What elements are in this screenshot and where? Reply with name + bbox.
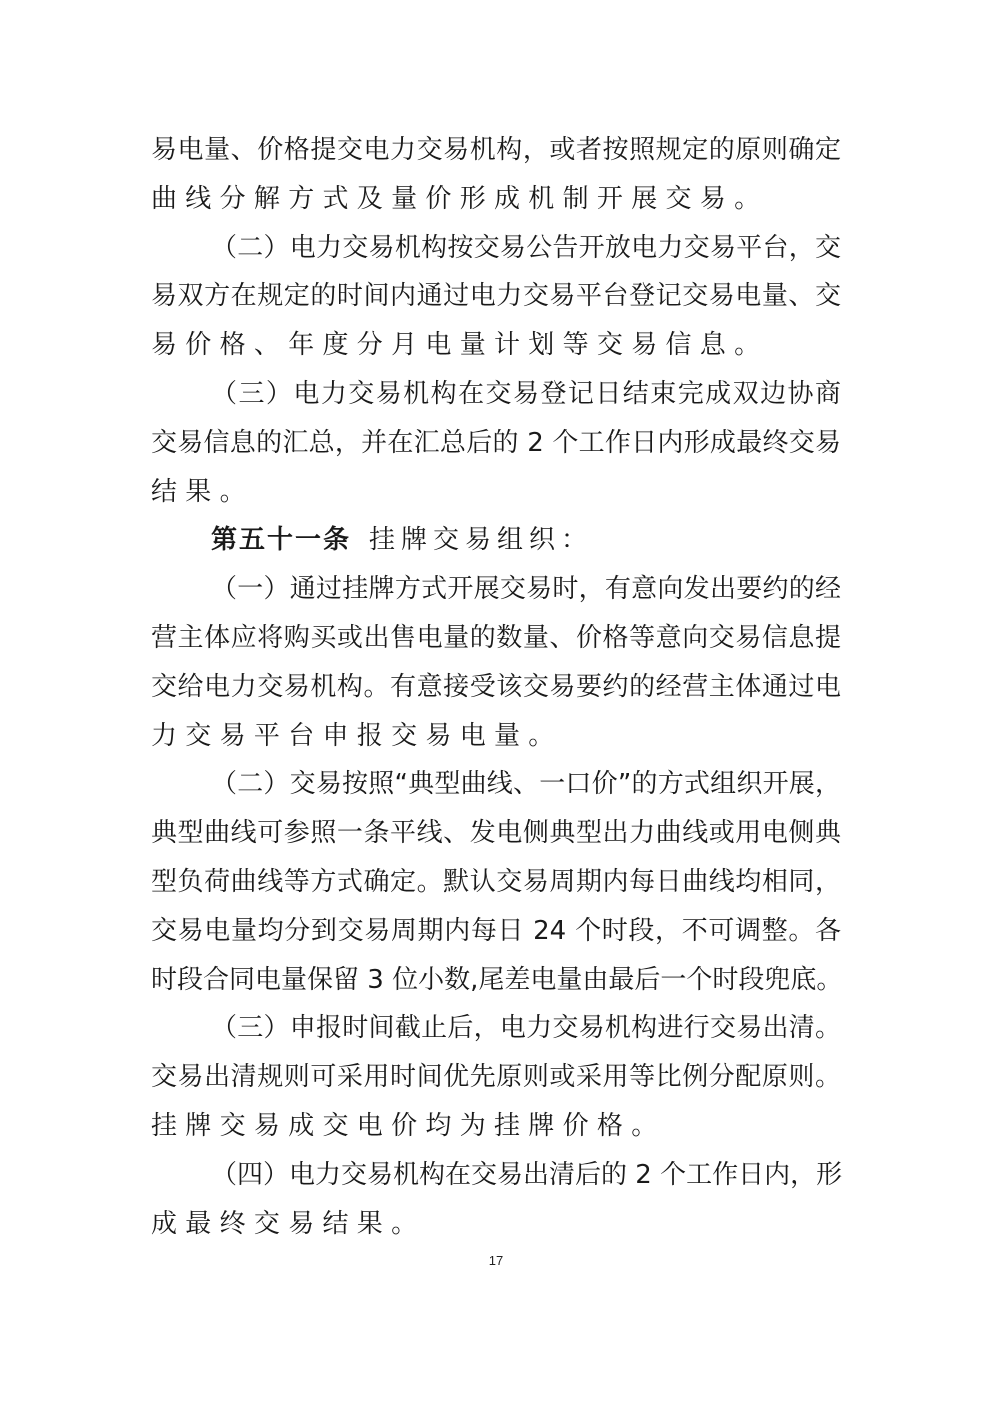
text-line: 易双方在规定的时间内通过电力交易平台登记交易电量、交 <box>151 272 841 321</box>
text-line: 挂牌交易成交电价均为挂牌价格。 <box>151 1102 841 1151</box>
paragraph-2-start: （二）电力交易机构按交易公告开放电力交易平台，交 <box>151 224 841 273</box>
text-line: 交易出清规则可采用时间优先原则或采用等比例分配原则。 <box>151 1053 841 1102</box>
document-page-body: 易电量、价格提交电力交易机构，或者按照规定的原则确定 曲线分解方式及量价形成机制… <box>151 126 841 1248</box>
text-line: 典型曲线可参照一条平线、发电侧典型出力曲线或用电侧典 <box>151 809 841 858</box>
clause-2-start: （二）交易按照“典型曲线、一口价”的方式组织开展， <box>151 760 841 809</box>
text-line: 交易电量均分到交易周期内每日 24 个时段，不可调整。各 <box>151 907 841 956</box>
text-line: 时段合同电量保留 3 位小数,尾差电量由最后一个时段兜底。 <box>151 956 841 1005</box>
clause-1-start: （一）通过挂牌方式开展交易时，有意向发出要约的经 <box>151 565 841 614</box>
page-number: 17 <box>0 1253 992 1268</box>
clause-3-start: （三）申报时间截止后，电力交易机构进行交易出清。 <box>151 1004 841 1053</box>
text-line: 易电量、价格提交电力交易机构，或者按照规定的原则确定 <box>151 126 841 175</box>
article-number: 第五十一条 <box>211 525 351 555</box>
text-line: 力交易平台申报交易电量。 <box>151 712 841 761</box>
text-line: 交给电力交易机构。有意接受该交易要约的经营主体通过电 <box>151 663 841 712</box>
clause-4-start: （四）电力交易机构在交易出清后的 2 个工作日内，形 <box>151 1151 841 1200</box>
text-line: 交易信息的汇总，并在汇总后的 2 个工作日内形成最终交易 <box>151 419 841 468</box>
text-line: 结果。 <box>151 468 841 517</box>
text-line: 曲线分解方式及量价形成机制开展交易。 <box>151 175 841 224</box>
text-line: 营主体应将购买或出售电量的数量、价格等意向交易信息提 <box>151 614 841 663</box>
text-line: 成最终交易结果。 <box>151 1200 841 1249</box>
article-title: 挂牌交易组织： <box>369 525 593 555</box>
text-line: 易价格、年度分月电量计划等交易信息。 <box>151 321 841 370</box>
paragraph-3-start: （三）电力交易机构在交易登记日结束完成双边协商 <box>151 370 841 419</box>
article-heading: 第五十一条挂牌交易组织： <box>151 516 841 565</box>
text-line: 型负荷曲线等方式确定。默认交易周期内每日曲线均相同， <box>151 858 841 907</box>
